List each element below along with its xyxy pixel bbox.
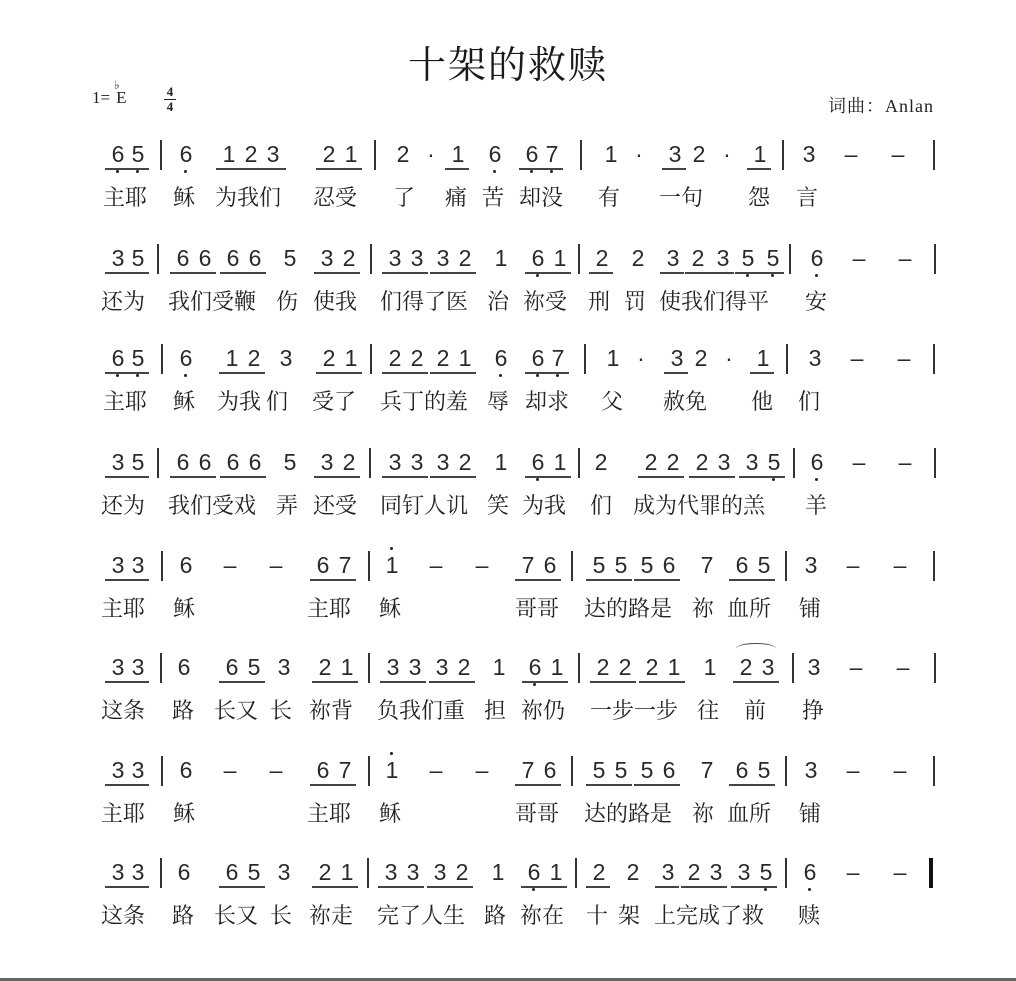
note: 7: [547, 344, 569, 372]
note: 1: [454, 344, 476, 372]
barline: [786, 344, 788, 374]
lyric: 伤: [276, 288, 298, 318]
lyric: 稣: [379, 800, 401, 830]
slur-arc: [736, 643, 776, 654]
note: 1: [336, 858, 358, 886]
barline: [157, 448, 159, 478]
note: 3: [432, 448, 454, 476]
lyric: 同钉人讥: [380, 492, 468, 522]
barline: [934, 653, 936, 683]
dash-note: –: [842, 858, 864, 886]
dash-note: –: [471, 756, 493, 784]
note: 5: [753, 756, 775, 784]
lyric: 路: [172, 902, 194, 932]
note: 2: [338, 244, 360, 272]
lyric: 我们受戏: [168, 492, 256, 522]
beam-underline: [105, 168, 149, 170]
lyric: 达的路是: [584, 800, 672, 830]
notes-line: 6561232122216671·32·13––: [0, 344, 1016, 384]
dash-note: –: [842, 756, 864, 784]
lyric: 笑: [487, 492, 509, 522]
note: 2: [691, 448, 713, 476]
key-signature: 1=♭E: [92, 88, 126, 108]
beam-underline: [739, 476, 785, 478]
lyric: 忍受: [313, 184, 357, 214]
lyric: 父: [601, 388, 623, 418]
dash-note: –: [889, 858, 911, 886]
lyric: 主耶: [103, 184, 147, 214]
beam-underline: [430, 272, 476, 274]
note: 2: [406, 344, 428, 372]
lyric: 受了: [312, 388, 356, 418]
lyrics-line: 主耶稣主耶稣哥哥达的路是祢血所铺: [0, 800, 1016, 832]
lyric: 一步一步: [590, 697, 678, 727]
dash-note: –: [848, 244, 870, 272]
lyric: 怨: [748, 184, 770, 214]
note: 6: [521, 140, 543, 168]
note: 5: [762, 244, 784, 272]
beam-underline: [312, 886, 358, 888]
beam-underline: [685, 272, 734, 274]
beam-underline: [729, 784, 775, 786]
note: 6: [107, 140, 129, 168]
note: 5: [588, 551, 610, 579]
beam-underline: [105, 886, 149, 888]
note: 5: [737, 244, 759, 272]
dash-note: –: [219, 756, 241, 784]
note: 3: [127, 858, 149, 886]
note: 6: [173, 858, 195, 886]
note: 3: [107, 551, 129, 579]
note: 2: [688, 140, 710, 168]
beam-underline: [314, 476, 360, 478]
beam-underline: [219, 681, 265, 683]
note: 6: [222, 244, 244, 272]
note: 3: [804, 344, 826, 372]
note: 3: [404, 653, 426, 681]
beam-underline: [689, 476, 735, 478]
lyric: 还为: [101, 288, 145, 318]
lyric: 铺: [799, 800, 821, 830]
beam-underline: [430, 372, 476, 374]
dash-note: –: [889, 551, 911, 579]
beam-underline: [427, 886, 473, 888]
note: 5: [279, 244, 301, 272]
note: 3: [384, 244, 406, 272]
lyric: 这条: [101, 902, 145, 932]
note: 1: [218, 140, 240, 168]
beam-underline: [316, 372, 362, 374]
lyric: 主耶: [103, 388, 147, 418]
score-row: 336––671––7655567653––主耶稣主耶稣哥哥达的路是祢血所铺: [0, 551, 1016, 651]
lyric: 祢: [692, 800, 714, 830]
note: 5: [127, 140, 149, 168]
dot-extension: ·: [716, 140, 738, 168]
beam-underline: [380, 681, 426, 683]
note: 5: [763, 448, 785, 476]
note: 5: [243, 858, 265, 886]
notes-line: 33665321333216122323356––: [0, 858, 1016, 898]
note: 1: [545, 858, 567, 886]
beam-underline: [750, 372, 774, 374]
beam-underline: [733, 681, 779, 683]
note: 3: [273, 653, 295, 681]
note: 6: [221, 653, 243, 681]
note: 6: [799, 858, 821, 886]
note: 7: [541, 140, 563, 168]
lower-octave-dot-icon: [136, 374, 139, 377]
lyric: 们: [266, 388, 288, 418]
lyric: 痛: [445, 184, 467, 214]
lyric: 这条: [101, 697, 145, 727]
note: 6: [806, 244, 828, 272]
lyric: 罚: [624, 288, 646, 318]
beam-underline: [639, 681, 685, 683]
beam-underline: [105, 372, 149, 374]
lower-octave-dot-icon: [499, 374, 502, 377]
note: 6: [244, 244, 266, 272]
lower-octave-dot-icon: [556, 374, 559, 377]
note: 1: [381, 551, 403, 579]
beam-underline: [105, 681, 149, 683]
barline: [584, 344, 586, 374]
note: 2: [627, 244, 649, 272]
note: 1: [336, 653, 358, 681]
note: 5: [588, 756, 610, 784]
note: 6: [658, 551, 680, 579]
note: 3: [733, 858, 755, 886]
note: 6: [172, 244, 194, 272]
upper-octave-dot-icon: [390, 752, 393, 755]
lower-octave-dot-icon: [536, 274, 539, 277]
beam-underline: [662, 168, 686, 170]
barline: [571, 551, 573, 581]
score-row: 33665321333216122323356––这条路长又长祢走完了人生路祢在…: [0, 858, 1016, 958]
note: 1: [752, 344, 774, 372]
lyric: 主耶: [101, 800, 145, 830]
barline: [161, 756, 163, 786]
note: 6: [312, 756, 334, 784]
barline: [785, 858, 787, 888]
note: 6: [194, 448, 216, 476]
lyric: 还受: [313, 492, 357, 522]
lyric: 祢走: [309, 902, 353, 932]
score-row: 656123212·16671·32·13––主耶稣为我们忍受了痛苦却没有一句怨…: [0, 140, 1016, 240]
barline: [578, 448, 580, 478]
beam-underline: [170, 476, 216, 478]
note: 1: [699, 653, 721, 681]
note: 3: [664, 140, 686, 168]
note: 1: [488, 653, 510, 681]
dash-note: –: [840, 140, 862, 168]
note: 3: [662, 244, 684, 272]
note: 6: [172, 448, 194, 476]
note: 2: [432, 344, 454, 372]
note: 3: [127, 653, 149, 681]
note: 2: [338, 448, 360, 476]
beam-underline: [105, 579, 149, 581]
note: 5: [127, 244, 149, 272]
note: 6: [222, 448, 244, 476]
dash-note: –: [894, 448, 916, 476]
flat-icon: ♭: [114, 78, 120, 93]
lyric: 刑: [588, 288, 610, 318]
lower-octave-dot-icon: [184, 170, 187, 173]
beam-underline: [310, 784, 356, 786]
beam-underline: [316, 168, 362, 170]
barline: [161, 551, 163, 581]
note: 1: [447, 140, 469, 168]
lyric: 却没: [519, 184, 563, 214]
dash-note: –: [425, 551, 447, 579]
beam-underline: [519, 168, 563, 170]
note: 5: [610, 756, 632, 784]
note: 5: [636, 756, 658, 784]
beam-underline: [731, 886, 777, 888]
note: 5: [127, 448, 149, 476]
note: 1: [221, 344, 243, 372]
dot-extension: ·: [420, 140, 442, 168]
beam-underline: [219, 372, 265, 374]
lyric: 路: [484, 902, 506, 932]
note: 6: [524, 653, 546, 681]
beam-underline: [525, 272, 571, 274]
note: 6: [175, 344, 197, 372]
lyric: 兵丁的羞: [380, 388, 468, 418]
barline: [933, 344, 935, 374]
note: 1: [381, 756, 403, 784]
note: 3: [666, 344, 688, 372]
note: 2: [592, 653, 614, 681]
note: 2: [590, 448, 612, 476]
beam-underline: [521, 886, 567, 888]
note: 3: [406, 244, 428, 272]
note: 6: [175, 140, 197, 168]
barline: [793, 448, 795, 478]
barline: [368, 756, 370, 786]
note: 6: [175, 551, 197, 579]
barline: [578, 244, 580, 274]
lyric: 治: [487, 288, 509, 318]
lyric: 主耶: [307, 800, 351, 830]
lower-octave-dot-icon: [184, 374, 187, 377]
note: 7: [517, 551, 539, 579]
beam-underline: [586, 886, 610, 888]
lower-octave-dot-icon: [136, 170, 139, 173]
beam-underline: [429, 681, 475, 683]
note: 6: [527, 344, 549, 372]
note: 7: [696, 756, 718, 784]
lyric: 稣: [379, 595, 401, 625]
lyric: 架: [618, 902, 640, 932]
note: 2: [318, 344, 340, 372]
lyric: 使我: [313, 288, 357, 318]
beam-underline: [655, 886, 679, 888]
credits: 词曲：Anlan: [828, 92, 934, 118]
note: 2: [735, 653, 757, 681]
lyric: 为我们: [215, 184, 281, 214]
note: 6: [731, 756, 753, 784]
note: 2: [318, 140, 340, 168]
note: 3: [800, 551, 822, 579]
lyric: 了: [393, 184, 415, 214]
lyric: 使我们得平: [659, 288, 769, 318]
note: 2: [640, 448, 662, 476]
dash-note: –: [848, 448, 870, 476]
note: 3: [127, 551, 149, 579]
key-prefix: 1=: [92, 88, 110, 107]
lyric: 血所: [727, 595, 771, 625]
lower-octave-dot-icon: [116, 374, 119, 377]
note: 1: [549, 244, 571, 272]
note: 5: [243, 653, 265, 681]
note: 3: [273, 858, 295, 886]
note: 6: [527, 448, 549, 476]
note: 6: [194, 244, 216, 272]
lyric: 们得了医: [380, 288, 468, 318]
note: 2: [384, 344, 406, 372]
beam-underline: [634, 784, 680, 786]
note: 6: [173, 653, 195, 681]
note: 1: [546, 653, 568, 681]
lyric: 一句: [659, 184, 703, 214]
barline: [933, 551, 935, 581]
note: 5: [610, 551, 632, 579]
note: 6: [523, 858, 545, 886]
note: 2: [314, 653, 336, 681]
beam-underline: [589, 272, 613, 274]
score-row: 336––671––7655567653––主耶稣主耶稣哥哥达的路是祢血所铺: [0, 756, 1016, 856]
score-row: 6561232122216671·32·13––主耶稣为我们受了兵丁的羞辱却求父…: [0, 344, 1016, 444]
lyrics-line: 主耶稣为我们忍受了痛苦却没有一句怨言: [0, 184, 1016, 216]
note: 2: [392, 140, 414, 168]
dash-note: –: [887, 140, 909, 168]
barline: [370, 244, 372, 274]
note: 3: [107, 244, 129, 272]
notes-line: 656123212·16671·32·13––: [0, 140, 1016, 180]
barline: [367, 858, 369, 888]
notes-line: 356666532333216122223356––: [0, 448, 1016, 488]
lyric: 稣: [173, 800, 195, 830]
note: 2: [243, 344, 265, 372]
note: 6: [107, 344, 129, 372]
lyric: 他: [751, 388, 773, 418]
note: 3: [712, 244, 734, 272]
beam-underline: [522, 681, 568, 683]
note: 3: [316, 448, 338, 476]
note: 6: [490, 344, 512, 372]
lyric: 祢在: [520, 902, 564, 932]
lyric: 十: [586, 902, 608, 932]
dash-note: –: [845, 653, 867, 681]
beam-underline: [310, 579, 356, 581]
lyric: 祢受: [523, 288, 567, 318]
lower-octave-dot-icon: [493, 170, 496, 173]
note: 2: [453, 653, 475, 681]
note: 6: [527, 244, 549, 272]
beam-underline: [382, 272, 428, 274]
lyric: 祢仍: [521, 697, 565, 727]
barline: [792, 653, 794, 683]
barline: [575, 858, 577, 888]
lower-octave-dot-icon: [530, 170, 533, 173]
beam-underline: [382, 372, 428, 374]
note: 1: [487, 858, 509, 886]
dash-note: –: [892, 653, 914, 681]
barline: [785, 756, 787, 786]
note: 1: [749, 140, 771, 168]
beam-underline: [747, 168, 771, 170]
note: 6: [484, 140, 506, 168]
lyric: 主耶: [101, 595, 145, 625]
note: 7: [696, 551, 718, 579]
lower-octave-dot-icon: [815, 274, 818, 277]
note: 1: [340, 344, 362, 372]
note: 3: [275, 344, 297, 372]
dash-note: –: [425, 756, 447, 784]
lyric: 往: [697, 697, 719, 727]
lyric: 们: [798, 388, 820, 418]
barline: [789, 244, 791, 274]
barline: [934, 244, 936, 274]
lyric: 我们受鞭: [168, 288, 256, 318]
dash-note: –: [265, 551, 287, 579]
lyric: 达的路是: [584, 595, 672, 625]
dot-extension: ·: [628, 140, 650, 168]
barline: [157, 244, 159, 274]
lyric: 上完成了救: [654, 902, 764, 932]
lyric: 言: [796, 184, 818, 214]
lyrics-line: 这条路长又长祢走完了人生路祢在十架上完成了救赎: [0, 902, 1016, 934]
lyric: 却求: [525, 388, 569, 418]
beam-underline: [525, 476, 571, 478]
barline: [782, 140, 784, 170]
lyric: 主耶: [307, 595, 351, 625]
barline: [368, 551, 370, 581]
barline: [160, 653, 162, 683]
note: 2: [240, 140, 262, 168]
time-sig-bottom: 4: [164, 101, 176, 113]
note: 6: [539, 756, 561, 784]
note: 1: [340, 140, 362, 168]
beam-underline: [314, 272, 360, 274]
beam-underline: [586, 784, 632, 786]
dash-note: –: [846, 344, 868, 372]
note: 2: [683, 858, 705, 886]
note: 7: [334, 551, 356, 579]
beam-underline: [220, 476, 266, 478]
note: 2: [451, 858, 473, 886]
note: 2: [622, 858, 644, 886]
beam-underline: [105, 476, 149, 478]
note: 1: [663, 653, 685, 681]
beam-underline: [105, 272, 149, 274]
note: 2: [454, 448, 476, 476]
note: 6: [806, 448, 828, 476]
lower-octave-dot-icon: [116, 170, 119, 173]
note: 3: [107, 858, 129, 886]
note: 2: [588, 858, 610, 886]
dash-note: –: [219, 551, 241, 579]
note: 6: [221, 858, 243, 886]
lyric: 稣: [173, 595, 195, 625]
lyric: 长: [270, 902, 292, 932]
lyric: 挣: [802, 697, 824, 727]
dot-extension: ·: [630, 344, 652, 372]
note: 1: [600, 140, 622, 168]
note: 3: [741, 448, 763, 476]
note: 5: [636, 551, 658, 579]
